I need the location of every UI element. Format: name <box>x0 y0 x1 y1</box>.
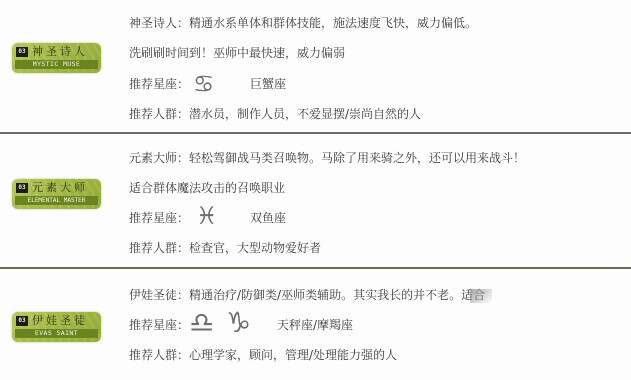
class-description: 元素大师：轻松驾御战马类召唤物。马除了用来骑之外，还可以用来战斗！ <box>129 150 525 166</box>
class-summary: 洗刷刷时间到！巫师中最快速，威力偏弱 <box>129 45 345 61</box>
badge-name-cn: 神圣诗人 <box>32 45 88 59</box>
class-badge-elemental-master: 03 元素大师 ELEMENTAL MASTER <box>12 179 101 209</box>
sign-name: 双鱼座 <box>250 210 286 226</box>
class-summary: 适合群体魔法攻击的召唤职业 <box>129 180 285 196</box>
badge-name-cn: 伊娃圣徒 <box>32 314 88 328</box>
capricorn-icon: ♑ <box>226 309 251 337</box>
sign-label: 推荐星座： <box>129 317 189 333</box>
cancer-icon: ♋ <box>193 72 215 96</box>
class-badge-mystic-muse: 03 神圣诗人 MYSTIC MUSE <box>12 43 101 73</box>
class-section-elemental-master: 03 元素大师 ELEMENTAL MASTER 元素大师：轻松驾御战马类召唤物… <box>0 134 631 268</box>
badge-name-en: ELEMENTAL MASTER <box>15 196 98 205</box>
sign-label: 推荐星座： <box>129 210 189 226</box>
sign-name: 巨蟹座 <box>250 76 286 92</box>
sign-name: 天秤座/摩羯座 <box>277 317 353 333</box>
class-description: 伊娃圣徒：精通治疗/防御类/巫师类辅助。其实我长的并不老。适合 <box>129 287 485 303</box>
class-section-mystic-muse: 03 神圣诗人 MYSTIC MUSE 神圣诗人：精通水系单体和群体技能，施法速… <box>0 0 631 133</box>
recommended-people: 推荐人群：心理学家，顾问，管理/处理能力强的人 <box>129 347 397 363</box>
class-description: 神圣诗人：精通水系单体和群体技能，施法速度飞快，威力偏低。 <box>129 15 477 31</box>
libra-icon: ♎ <box>189 309 214 337</box>
page-curl-fade <box>470 289 492 303</box>
recommended-people: 推荐人群：潜水员，制作人员，不爱显摆/崇尚自然的人 <box>129 106 421 122</box>
sign-label: 推荐星座： <box>129 76 189 92</box>
class-section-evas-saint: 03 伊娃圣徒 EVAS SAINT 伊娃圣徒：精通治疗/防御类/巫师类辅助。其… <box>0 269 631 380</box>
badge-name-en: EVAS SAINT <box>15 329 98 338</box>
pisces-icon: ♓ <box>196 204 218 228</box>
badge-number: 03 <box>16 183 28 193</box>
badge-number: 03 <box>16 47 28 57</box>
badge-name-en: MYSTIC MUSE <box>15 60 98 69</box>
class-badge-evas-saint: 03 伊娃圣徒 EVAS SAINT <box>12 312 101 342</box>
badge-name-cn: 元素大师 <box>32 181 88 195</box>
badge-number: 03 <box>16 316 28 326</box>
recommended-people: 推荐人群：检查官，大型动物爱好者 <box>129 240 321 256</box>
